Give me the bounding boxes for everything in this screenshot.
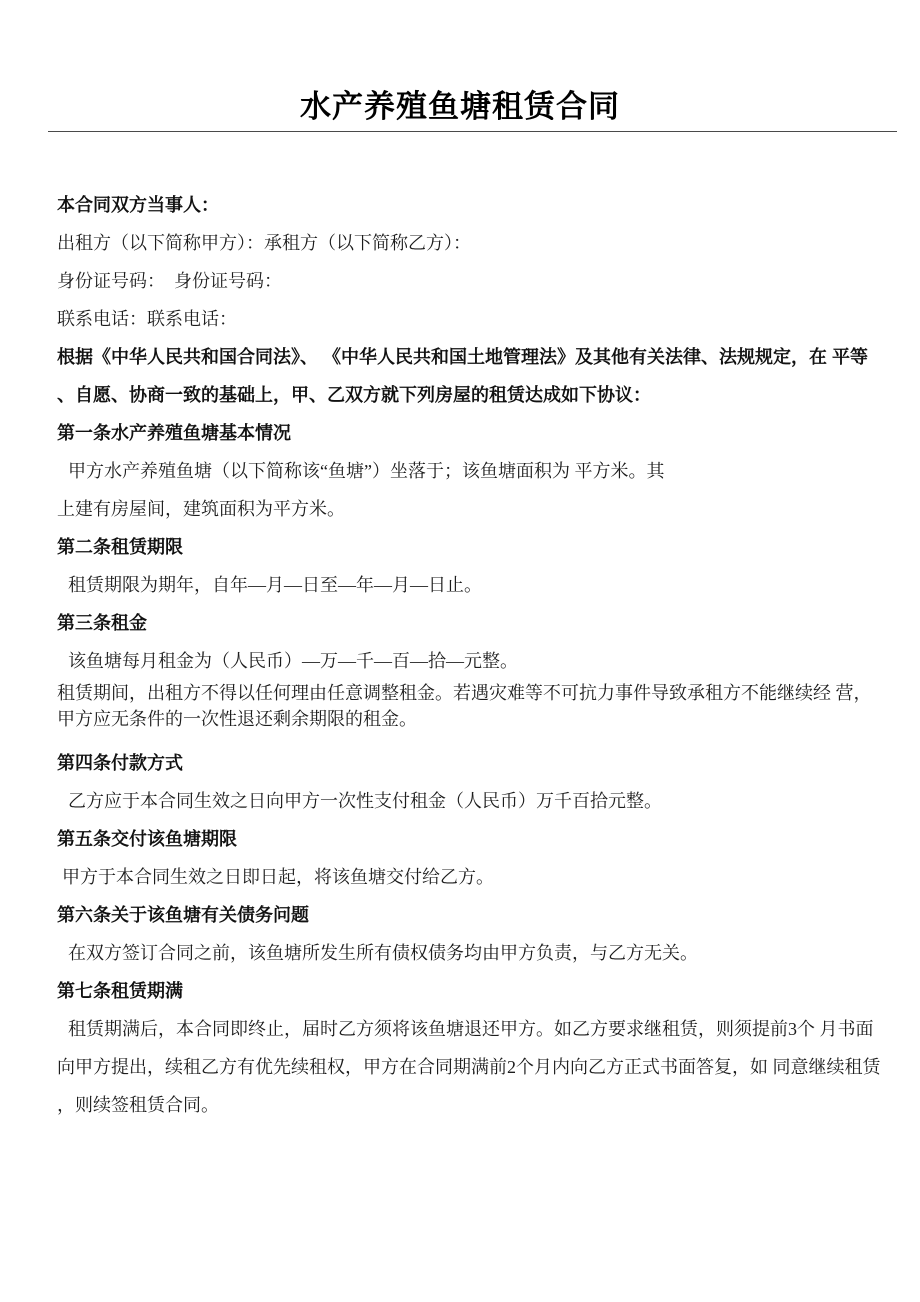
heading-line: 第六条关于该鱼塘有关债务问题	[57, 896, 900, 934]
heading-line: 第一条水产养殖鱼塘基本情况	[57, 414, 900, 452]
heading-line: 第七条租赁期满	[57, 972, 900, 1010]
paragraph-line: ，则续签租赁合同。	[57, 1086, 900, 1124]
paragraph-line: 向甲方提出，续租乙方有优先续租权，甲方在合同期满前2个月内向乙方正式书面答复，如…	[57, 1048, 900, 1086]
heading-line: 第四条付款方式	[57, 744, 900, 782]
paragraph-line: 租赁期满后，本合同即终止，届时乙方须将该鱼塘退还甲方。如乙方要求继租赁，则须提前…	[57, 1010, 900, 1048]
contract-body: 本合同双方当事人：出租方（以下简称甲方）：承租方（以下简称乙方）：身份证号码： …	[0, 132, 920, 1124]
paragraph-line: 出租方（以下简称甲方）：承租方（以下简称乙方）：	[57, 224, 900, 262]
paragraph-line: 甲方水产养殖鱼塘（以下简称该“鱼塘”）坐落于；该鱼塘面积为 平方米。其	[57, 452, 900, 490]
heading-line: 第三条租金	[57, 604, 900, 642]
document-title: 水产养殖鱼塘租赁合同	[0, 90, 920, 124]
heading-line: 根据《中华人民共和国合同法》、 《中华人民共和国土地管理法》及其他有关法律、法规…	[57, 338, 900, 376]
paragraph-line: 联系电话：联系电话：	[57, 300, 900, 338]
paragraph-line: 租赁期间，出租方不得以任何理由任意调整租金。若遇灾难等不可抗力事件导致承租方不能…	[57, 680, 900, 706]
paragraph-line: 甲方应无条件的一次性退还剩余期限的租金。	[57, 706, 900, 732]
contract-document-page: 水产养殖鱼塘租赁合同 本合同双方当事人：出租方（以下简称甲方）：承租方（以下简称…	[0, 0, 920, 1302]
heading-line: 本合同双方当事人：	[57, 186, 900, 224]
heading-line: 第二条租赁期限	[57, 528, 900, 566]
paragraph-line: 该鱼塘每月租金为（人民币）—万—千—百—拾—元整。	[57, 642, 900, 680]
paragraph-line: 乙方应于本合同生效之日向甲方一次性支付租金（人民币）万千百拾元整。	[57, 782, 900, 820]
paragraph-line: 上建有房屋间，建筑面积为平方米。	[57, 490, 900, 528]
paragraph-line: 租赁期限为期年，自年—月—日至—年—月—日止。	[57, 566, 900, 604]
paragraph-line: 身份证号码： 身份证号码：	[57, 262, 900, 300]
heading-line: 第五条交付该鱼塘期限	[57, 820, 900, 858]
paragraph-line: 在双方签订合同之前，该鱼塘所发生所有债权债务均由甲方负责，与乙方无关。	[57, 934, 900, 972]
heading-line: 、自愿、协商一致的基础上，甲、乙双方就下列房屋的租赁达成如下协议：	[57, 376, 900, 414]
paragraph-line: 甲方于本合同生效之日即日起，将该鱼塘交付给乙方。	[57, 858, 900, 896]
